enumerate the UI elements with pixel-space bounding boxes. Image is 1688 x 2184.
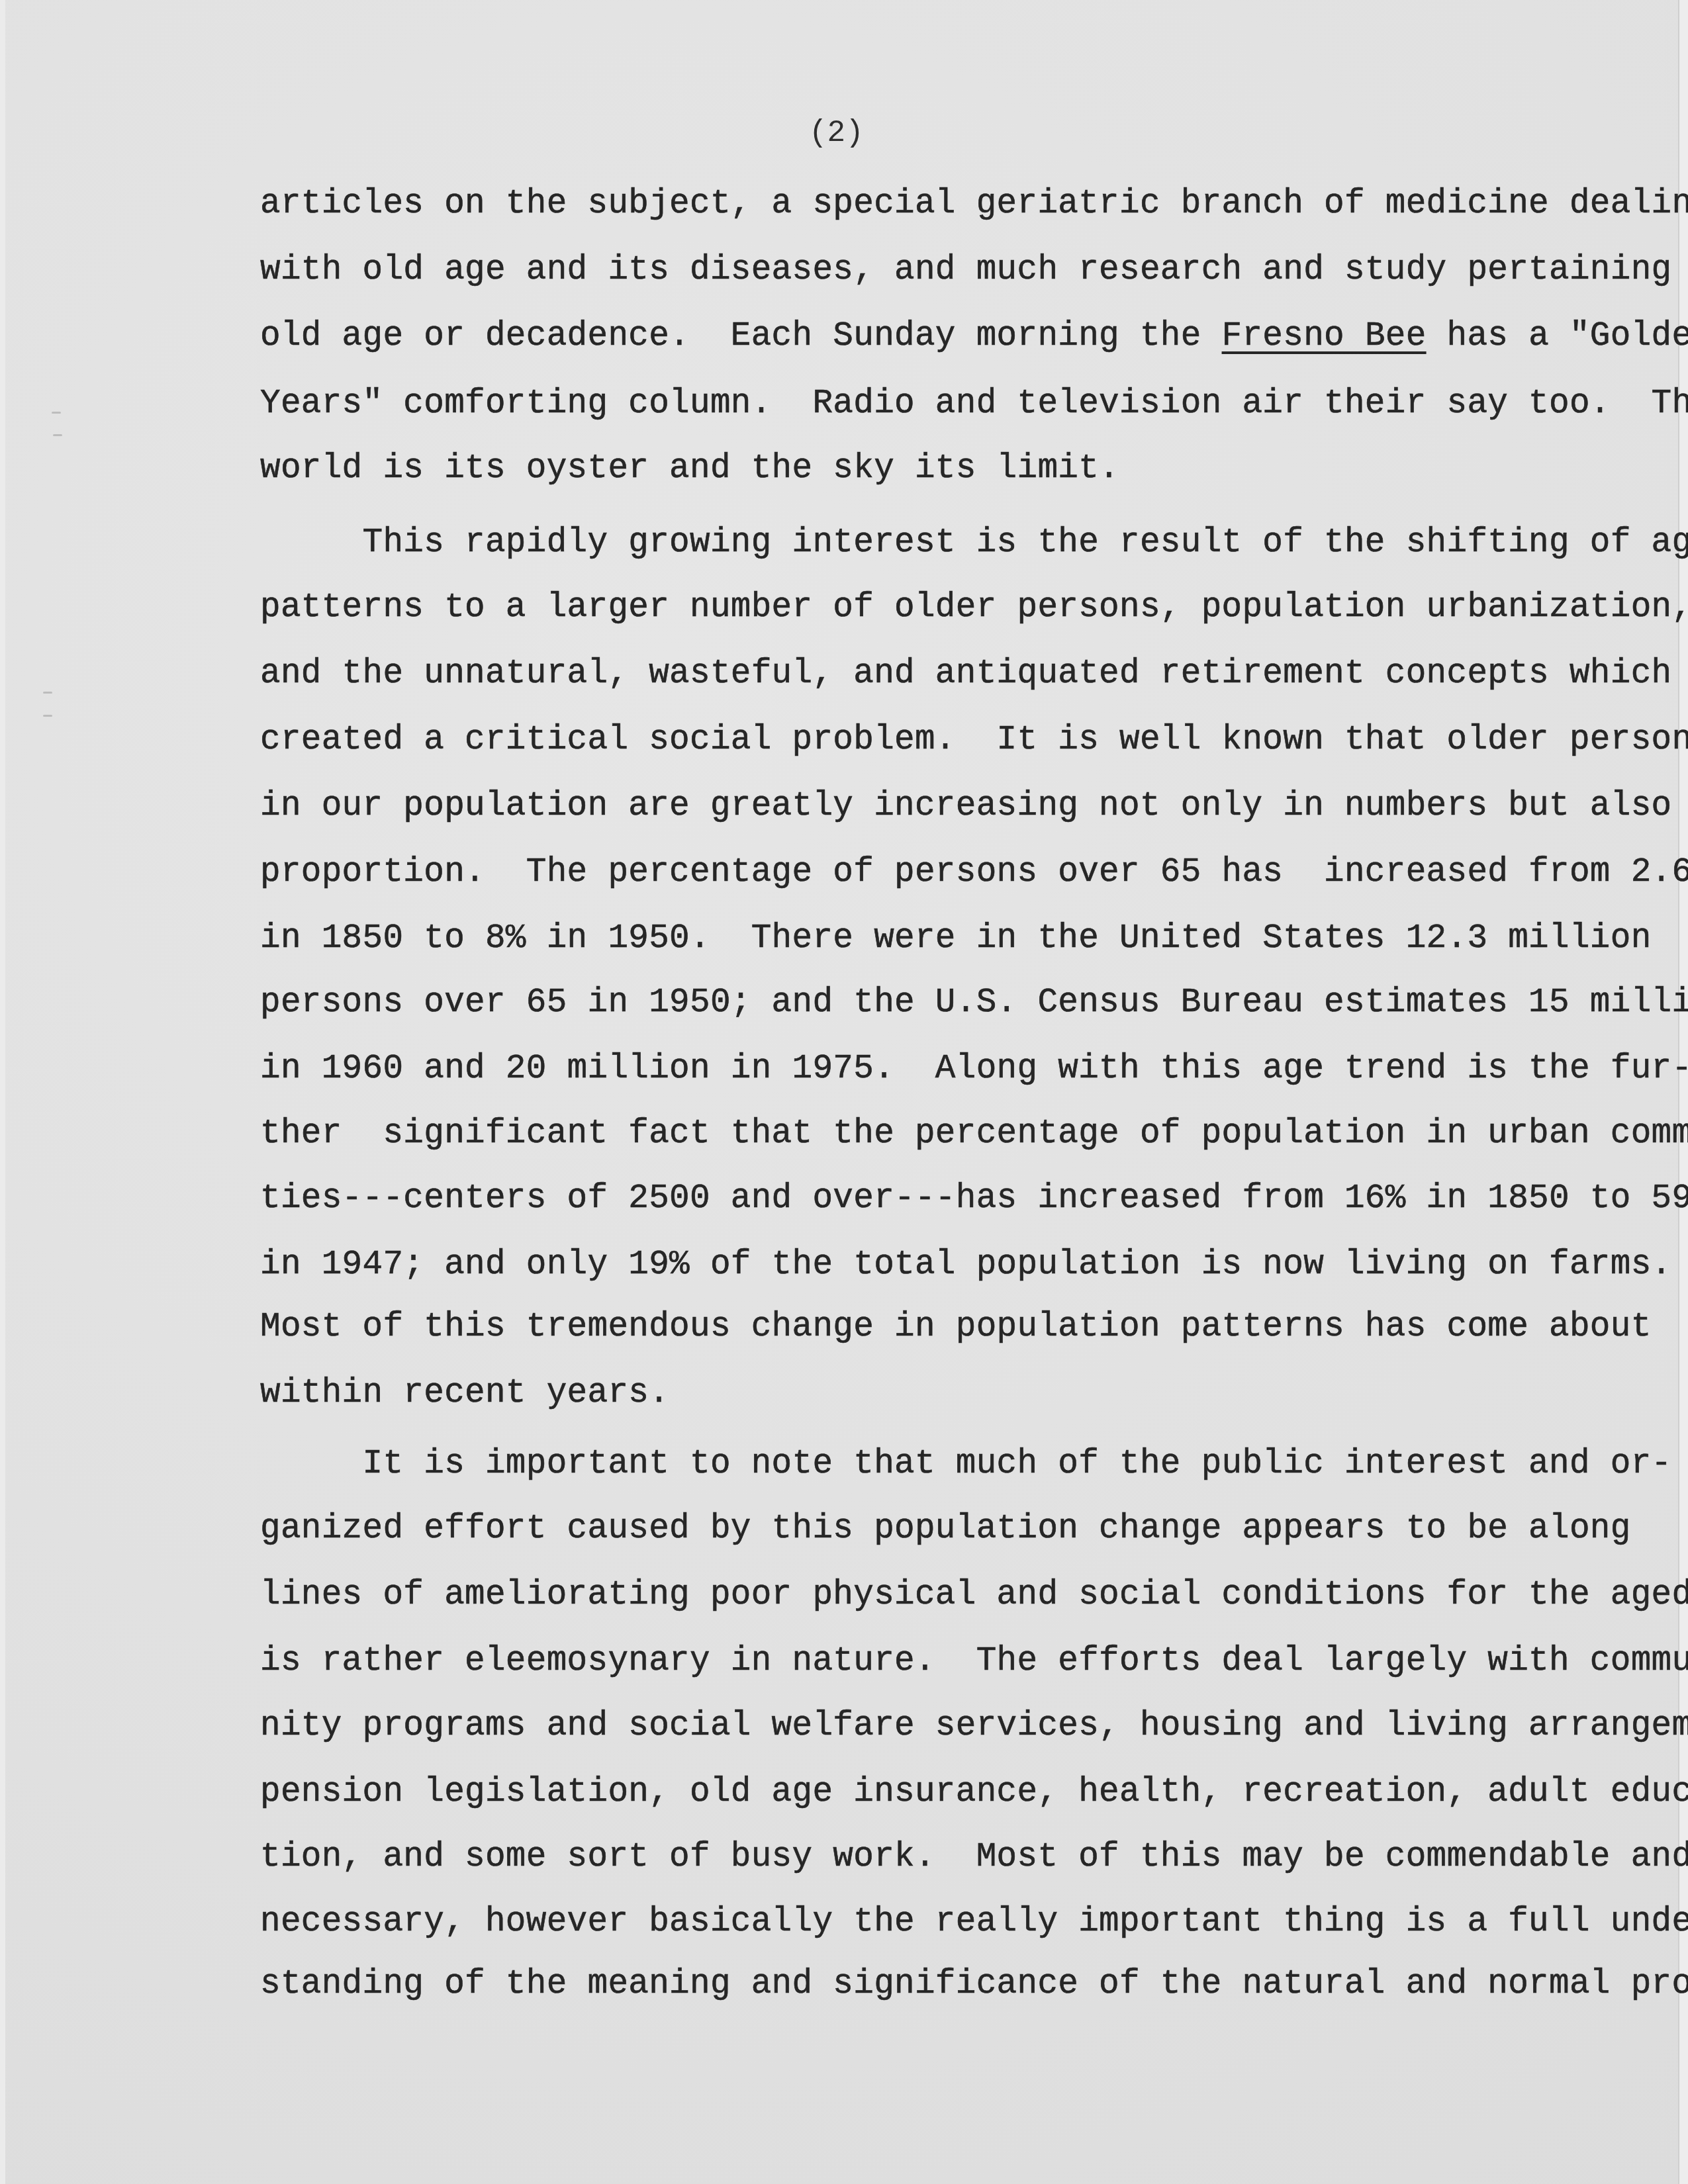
text-line: This rapidly growing interest is the res… [260, 526, 1688, 560]
text-line: and the unnatural, wasteful, and antiqua… [260, 657, 1688, 691]
text-line: ganized effort caused by this population… [260, 1512, 1631, 1546]
text-line: standing of the meaning and significance… [260, 1968, 1688, 2001]
margin-mark [52, 412, 61, 414]
margin-mark [43, 692, 52, 694]
text-line: Most of this tremendous change in popula… [260, 1310, 1652, 1344]
margin-mark [43, 715, 52, 717]
text-line: world is its oyster and the sky its limi… [260, 452, 1119, 486]
text-line: necessary, however basically the really … [260, 1905, 1688, 1939]
text-line: patterns to a larger number of older per… [260, 591, 1688, 625]
text-line: in 1850 to 8% in 1950. There were in the… [260, 922, 1652, 956]
text-line: tion, and some sort of busy work. Most o… [260, 1841, 1688, 1874]
text-line: ther significant fact that the percentag… [260, 1117, 1688, 1151]
margin-mark [53, 434, 62, 436]
text-fragment: has a "Golden [1427, 318, 1688, 355]
text-line: within recent years. [260, 1377, 669, 1410]
text-line: in 1960 and 20 million in 1975. Along wi… [260, 1052, 1688, 1086]
text-line: created a critical social problem. It is… [260, 723, 1688, 757]
text-line: with old age and its diseases, and much … [260, 253, 1688, 287]
text-line: articles on the subject, a special geria… [260, 187, 1688, 221]
text-line: Years" comforting column. Radio and tele… [260, 387, 1688, 421]
text-line: pension legislation, old age insurance, … [260, 1776, 1688, 1809]
scan-left-edge [0, 0, 5, 2184]
text-line: is rather eleemosynary in nature. The ef… [260, 1645, 1688, 1678]
text-line: persons over 65 in 1950; and the U.S. Ce… [260, 986, 1688, 1020]
text-line: nity programs and social welfare service… [260, 1709, 1688, 1743]
text-line: It is important to note that much of the… [260, 1447, 1671, 1481]
text-line: in 1947; and only 19% of the total popul… [260, 1248, 1671, 1282]
text-line: in our population are greatly increasing… [260, 790, 1688, 823]
text-line: lines of ameliorating poor physical and … [260, 1578, 1688, 1612]
text-line: ties---centers of 2500 and over---has in… [260, 1182, 1688, 1216]
newspaper-title-underlined: Fresno Bee [1222, 318, 1427, 355]
text-fragment: old age or decadence. Each Sunday mornin… [260, 318, 1222, 355]
page-number: (2) [809, 118, 864, 148]
text-line: proportion. The percentage of persons ov… [260, 856, 1688, 889]
text-line: old age or decadence. Each Sunday mornin… [260, 320, 1688, 353]
